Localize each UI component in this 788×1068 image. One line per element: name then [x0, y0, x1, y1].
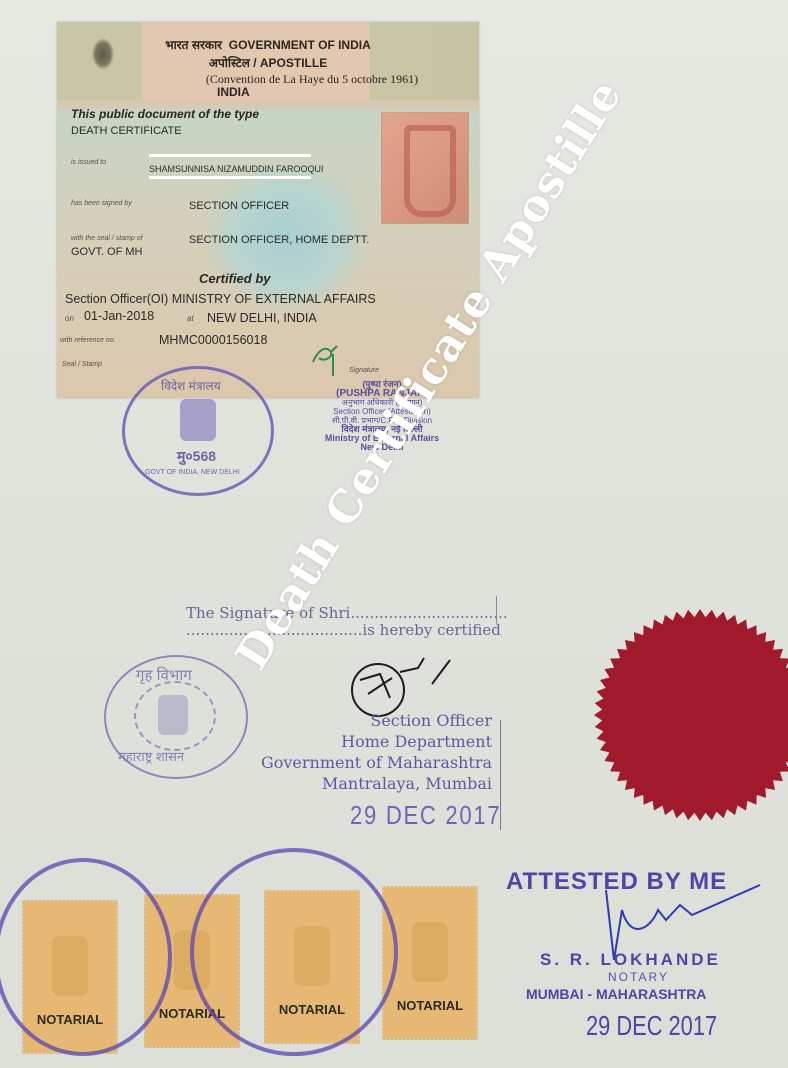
mea-stamp-top: विदेश मंत्रालय: [161, 377, 221, 394]
subheader-hindi: अपोस्टिल: [209, 56, 250, 70]
notary-round-stamp: [190, 848, 398, 1056]
home-dept-title: Section Officer: [230, 710, 492, 731]
issued-to-label: is issued to: [71, 159, 106, 166]
certified-by-value: Section Officer(OI) MINISTRY OF EXTERNAL…: [65, 292, 376, 306]
apostille-certificate: भारत सरकार GOVERNMENT OF INDIA अपोस्टिल …: [57, 22, 479, 398]
header-apostille: अपोस्टिल / APOSTILLE: [57, 54, 479, 71]
home-dept-government: Government of Maharashtra: [230, 752, 492, 773]
signed-by-value: SECTION OFFICER: [189, 200, 289, 212]
on-label: on: [65, 314, 74, 323]
apostille-header: भारत सरकार GOVERNMENT OF INDIA अपोस्टिल …: [57, 22, 479, 100]
home-stamp-bottom: महाराष्ट्र शासन: [118, 747, 184, 765]
seal-value-2: GOVT. OF MH: [71, 246, 143, 258]
seal-value: SECTION OFFICER, HOME DEPTT.: [189, 234, 369, 246]
mea-round-stamp: विदेश मंत्रालय मु०568 GOVT OF INDIA, NEW…: [122, 366, 274, 496]
notary-title: NOTARY: [608, 970, 669, 984]
notary-date: 29 DEC 2017: [586, 1010, 717, 1042]
header-hindi: भारत सरकार: [165, 38, 222, 52]
home-dept-location: Mantralaya, Mumbai: [230, 773, 492, 794]
bracket-line-2: [500, 720, 501, 830]
notary-round-stamp: [0, 858, 172, 1056]
revenue-stamp-image: [381, 112, 469, 224]
green-signature-icon: [309, 340, 349, 380]
certified-date: 01-Jan-2018: [84, 309, 154, 323]
mea-stamp-number: मु०568: [177, 447, 216, 466]
convention-text: (Convention de La Haye du 5 octobre 1961…: [101, 72, 523, 87]
redaction-line-2: [149, 176, 311, 179]
seal-stamp-label: Seal / Stamp: [62, 361, 102, 368]
red-seal-icon: [590, 600, 788, 830]
doc-type-label: This public document of the type: [71, 107, 259, 121]
notary-location: MUMBAI - MAHARASHTRA: [526, 986, 706, 1002]
at-label: at: [187, 314, 194, 323]
header-government: भारत सरकार GOVERNMENT OF INDIA: [57, 36, 479, 53]
doc-type-value: DEATH CERTIFICATE: [71, 125, 182, 137]
signature-line-2: .....................................is …: [186, 621, 501, 639]
ashoka-emblem-icon: [180, 399, 216, 441]
certified-by-label: Certified by: [199, 271, 271, 286]
notary-name: S. R. LOKHANDE: [540, 950, 721, 970]
notarial-label: NOTARIAL: [384, 998, 476, 1013]
mea-stamp-bottom: GOVT OF INDIA, NEW DELHI: [145, 469, 240, 476]
bracket-line: [496, 596, 497, 624]
reference-number: MHMC0000156018: [159, 333, 267, 347]
home-department-stamp: गृह विभाग महाराष्ट्र शासन: [104, 655, 248, 779]
reference-label: with reference no.: [60, 337, 116, 344]
seal-label: with the seal / stamp of: [71, 235, 143, 242]
certified-place: NEW DELHI, INDIA: [207, 311, 317, 325]
ashoka-emblem-icon: [158, 695, 188, 735]
signature-line-1: The Signature of Shri...................…: [186, 604, 508, 622]
separator: /: [253, 56, 256, 70]
signed-by-label: has been signed by: [71, 200, 132, 207]
subheader-english: APOSTILLE: [260, 56, 327, 70]
home-dept-date: 29 DEC 2017: [350, 800, 501, 831]
home-stamp-top: गृह विभाग: [136, 665, 192, 685]
country: INDIA: [217, 85, 250, 99]
header-english: GOVERNMENT OF INDIA: [229, 38, 371, 52]
signature-label: Signature: [349, 367, 379, 374]
home-dept-block: Section Officer Home Department Governme…: [230, 710, 492, 794]
issued-to-value: SHAMSUNNISA NIZAMUDDIN FAROOQUI: [149, 164, 324, 174]
home-dept-department: Home Department: [230, 731, 492, 752]
notary-stamps-area: NOTARIAL NOTARIAL NOTARIAL NOTARIAL: [0, 850, 500, 1068]
emblem-icon: [412, 922, 448, 982]
redaction-line: [149, 154, 311, 157]
